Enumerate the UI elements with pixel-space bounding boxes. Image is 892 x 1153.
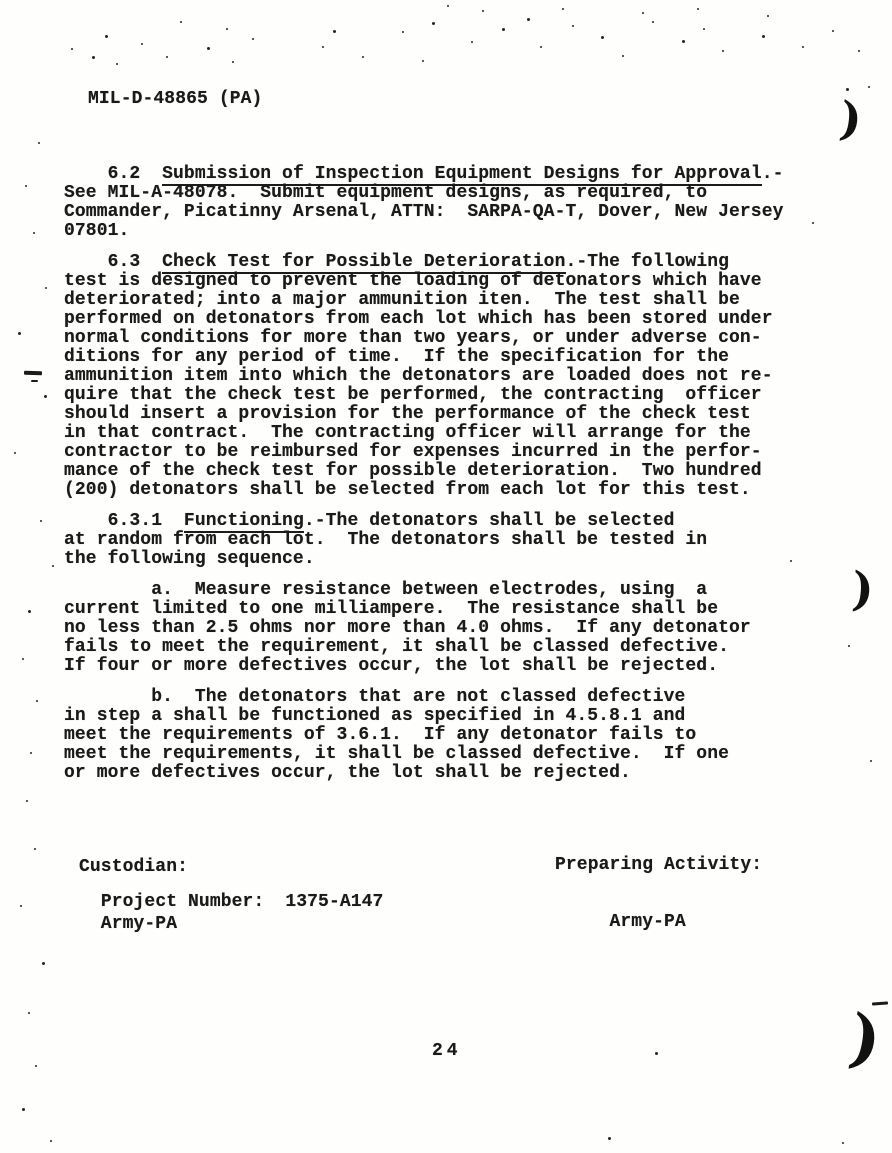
document-id-header: MIL-D-48865 (PA) [88,90,262,109]
noise-speck [652,21,654,23]
para-6-2: 6.2 Submission of Inspection Equipment D… [64,165,784,241]
para-6-3-1: 6.3.1 Functioning.-The detonators shall … [64,512,784,569]
noise-speck [34,848,36,850]
text-line: meet the requirements, it shall be class… [64,745,784,764]
preparing-activity-value: Army-PA [555,913,762,932]
noise-speck [22,1108,25,1111]
noise-speck [71,48,73,50]
text-line: the following sequence. [64,550,784,569]
noise-speck [762,35,765,38]
noise-speck [790,560,792,562]
noise-speck [116,63,118,65]
binding-curve-mark-middle: ) [850,565,875,612]
noise-speck [697,8,699,10]
noise-speck [540,46,542,48]
text-line: or more defectives occur, the lot shall … [64,764,784,783]
noise-speck [471,41,473,43]
text-line: 07801. [64,222,784,241]
text-line: mance of the check test for possible det… [64,462,784,481]
noise-speck [18,332,21,335]
stray-dash-mark-small [31,380,38,382]
text-line: contractor to be reimbursed for expenses… [64,443,784,462]
noise-speck [767,15,769,17]
noise-speck [322,46,324,48]
noise-speck [432,22,435,25]
noise-speck [52,565,54,567]
noise-speck [842,1142,844,1144]
noise-speck [105,35,108,38]
noise-speck [832,30,834,32]
noise-speck [802,46,804,48]
text-line: at random from each lot. The detonators … [64,531,784,550]
noise-speck [848,645,850,647]
noise-speck [362,56,364,58]
para-6-3: 6.3 Check Test for Possible Deterioratio… [64,253,784,500]
text-line: (200) detonators shall be selected from … [64,481,784,500]
noise-speck [40,520,42,522]
text-line: meet the requirements of 3.6.1. If any d… [64,726,784,745]
noise-speck [25,185,27,187]
noise-speck [622,55,624,57]
text-line: ammunition item into which the detonator… [64,367,784,386]
noise-speck [26,800,28,802]
noise-speck [36,700,38,702]
noise-speck [502,28,505,31]
noise-speck [608,1137,611,1140]
noise-speck [527,18,530,21]
noise-speck [722,50,724,52]
noise-speck [447,5,449,7]
noise-speck [252,38,254,40]
noise-speck [30,752,32,754]
noise-speck [682,40,685,43]
text-line: ditions for any period of time. If the s… [64,348,784,367]
text-line: no less than 2.5 ohms nor more than 4.0 … [64,619,784,638]
noise-speck [14,452,16,454]
noise-speck [402,31,404,33]
text-line: quire that the check test be performed, … [64,386,784,405]
text-line: Commander, Picatinny Arsenal, ATTN: SARP… [64,203,784,222]
scanned-document-page: { "header": { "doc_id": "MIL-D-48865 (PA… [0,0,892,1153]
noise-speck [20,905,22,907]
project-number-value: 1375-A147 [285,892,383,912]
noise-speck [562,8,564,10]
noise-speck [232,61,234,63]
project-number-line: Project Number:1375-A147 [79,874,383,912]
noise-speck [868,86,870,88]
noise-speck [703,28,705,30]
noise-speck [22,658,24,660]
noise-speck [45,287,47,289]
noise-speck [482,10,484,12]
noise-speck [35,1065,37,1067]
noise-speck [812,222,814,224]
noise-speck [50,1140,52,1142]
preparing-activity-block: Preparing Activity: Army-PA [555,818,762,951]
noise-speck [422,60,424,62]
text-line: current limited to one milliampere. The … [64,600,784,619]
noise-speck [92,56,95,59]
document-body: 6.2 Submission of Inspection Equipment D… [64,165,784,795]
noise-speck [870,760,872,762]
noise-speck [166,56,168,58]
text-line: a. Measure resistance between electrodes… [64,581,784,600]
text-line: 6.3 Check Test for Possible Deterioratio… [64,253,784,272]
text-line: normal conditions for more than two year… [64,329,784,348]
para-step-b: b. The detonators that are not classed d… [64,688,784,783]
text-line: should insert a provision for the perfor… [64,405,784,424]
text-line: 6.2 Submission of Inspection Equipment D… [64,165,784,184]
noise-speck [858,50,860,52]
noise-speck [33,232,35,234]
text-line: test is designed to prevent the loading … [64,272,784,291]
page-number: 24 [432,1042,462,1061]
text-line: in step a shall be functioned as specifi… [64,707,784,726]
binding-curve-mark-bottom: ) [845,1006,885,1074]
binding-curve-mark-top: ) [837,95,864,143]
noise-speck [226,28,228,30]
text-line: performed on detonators from each lot wh… [64,310,784,329]
noise-speck [601,36,604,39]
text-line: in that contract. The contracting office… [64,424,784,443]
noise-speck [44,395,47,398]
text-line: See MIL-A-48078. Submit equipment design… [64,184,784,203]
custodian-value: Army-PA [79,915,188,934]
noise-speck [642,12,644,14]
noise-speck [655,1052,658,1055]
noise-speck [28,1012,30,1014]
noise-speck [141,43,143,45]
stray-dash-mark [24,371,42,376]
text-line: b. The detonators that are not classed d… [64,688,784,707]
text-line: fails to meet the requirement, it shall … [64,638,784,657]
noise-speck [333,30,336,33]
noise-speck [207,47,210,50]
noise-speck [28,610,31,613]
noise-speck [42,962,45,965]
text-line: If four or more defectives occur, the lo… [64,657,784,676]
project-number-label: Project Number: [101,892,265,912]
noise-speck [572,25,574,27]
preparing-activity-label: Preparing Activity: [555,856,762,875]
noise-speck [38,142,40,144]
para-step-a: a. Measure resistance between electrodes… [64,581,784,676]
text-line: deteriorated; into a major ammunition it… [64,291,784,310]
text-line: 6.3.1 Functioning.-The detonators shall … [64,512,784,531]
noise-speck [846,88,849,91]
noise-speck [180,21,182,23]
